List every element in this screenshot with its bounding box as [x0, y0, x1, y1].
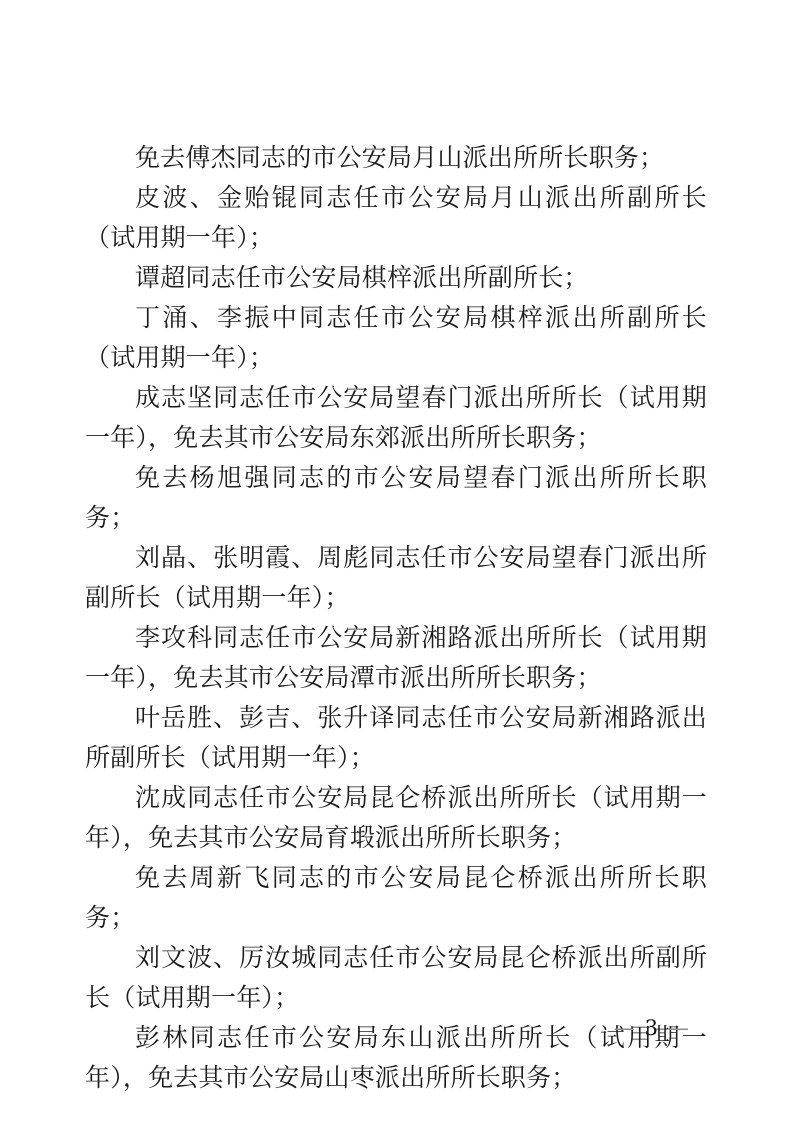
paragraph: 叶岳胜、彭吉、张升译同志任市公安局新湘路派出所副所长（试用期一年）；	[85, 698, 707, 778]
paragraph: 丁涌、李振中同志任市公安局棋梓派出所副所长（试用期一年）；	[85, 298, 707, 378]
paragraph: 刘文波、厉汝城同志任市公安局昆仑桥派出所副所长（试用期一年）；	[85, 938, 707, 1018]
paragraph: 免去杨旭强同志的市公安局望春门派出所所长职务；	[85, 458, 707, 538]
document-page: 免去傅杰同志的市公安局月山派出所所长职务；皮波、金贻锟同志任市公安局月山派出所副…	[0, 0, 793, 1122]
paragraph: 谭超同志任市公安局棋梓派出所副所长；	[85, 258, 707, 298]
paragraph: 免去傅杰同志的市公安局月山派出所所长职务；	[85, 138, 707, 178]
paragraph: 免去周新飞同志的市公安局昆仑桥派出所所长职务；	[85, 858, 707, 938]
document-body-text: 免去傅杰同志的市公安局月山派出所所长职务；皮波、金贻锟同志任市公安局月山派出所副…	[85, 138, 707, 1098]
page-number: 3	[645, 1016, 658, 1040]
paragraph: 成志坚同志任市公安局望春门派出所所长（试用期一年），免去其市公安局东郊派出所所长…	[85, 378, 707, 458]
page-number-dash-right: —	[668, 1016, 689, 1040]
paragraph: 李攻科同志任市公安局新湘路派出所所长（试用期一年），免去其市公安局潭市派出所所长…	[85, 618, 707, 698]
page-footer: —3—	[614, 1014, 689, 1042]
paragraph: 皮波、金贻锟同志任市公安局月山派出所副所长（试用期一年）；	[85, 178, 707, 258]
page-number-dash-left: —	[614, 1016, 635, 1040]
paragraph: 刘晶、张明霞、周彪同志任市公安局望春门派出所副所长（试用期一年）；	[85, 538, 707, 618]
paragraph: 沈成同志任市公安局昆仑桥派出所所长（试用期一年），免去其市公安局育塅派出所所长职…	[85, 778, 707, 858]
